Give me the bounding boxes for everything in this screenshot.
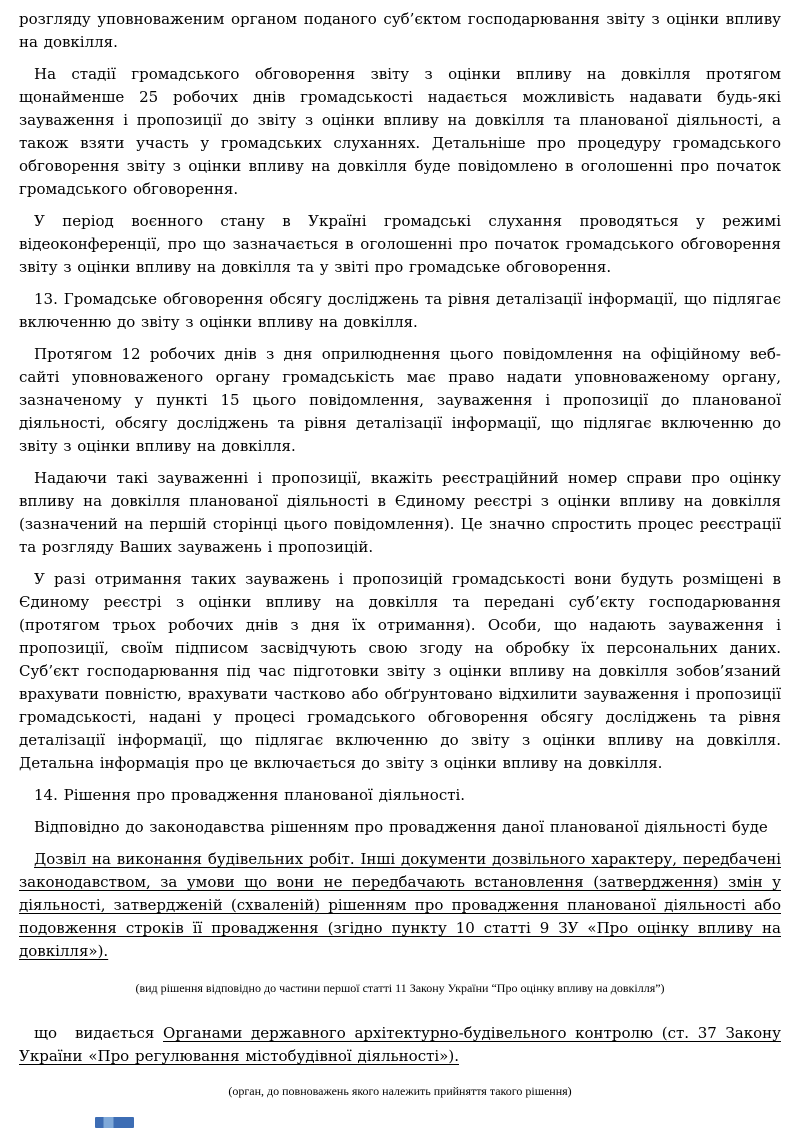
paragraph-issuing-authority: щовидається Органами державного архітект…	[19, 1022, 781, 1068]
heading-item-13: 13. Громадське обговорення обсягу дослід…	[19, 288, 781, 334]
paragraph-decision-intro: Відповідно до законодавства рішенням про…	[19, 816, 781, 839]
caption-authority: (орган, до повноважень якого належить пр…	[19, 1084, 781, 1099]
paragraph-continuation: розгляду уповноваженим органом поданого …	[19, 8, 781, 54]
paragraph-registration-number: Надаючи такі зауваженні і пропозиції, вк…	[19, 467, 781, 559]
paragraph-permit-decision: Дозвіл на виконання будівельних робіт. І…	[19, 848, 781, 963]
issuing-authority-word-2: видається	[75, 1024, 154, 1042]
paragraph-comments-handling: У разі отримання таких зауважень і пропо…	[19, 568, 781, 775]
issuing-authority-word-1: що	[34, 1024, 57, 1042]
heading-item-14: 14. Рішення про провадження планованої д…	[19, 784, 781, 807]
paragraph-public-discussion: На стадії громадського обговорення звіту…	[19, 63, 781, 201]
document-page: розгляду уповноваженим органом поданого …	[0, 0, 800, 1099]
paragraph-wartime-hearings: У період воєнного стану в Україні громад…	[19, 210, 781, 279]
caption-decision-type: (вид рішення відповідно до частини першо…	[19, 981, 781, 996]
next-page-content-fragment	[95, 1117, 134, 1128]
paragraph-12-working-days: Протягом 12 робочих днів з дня оприлюдне…	[19, 343, 781, 458]
